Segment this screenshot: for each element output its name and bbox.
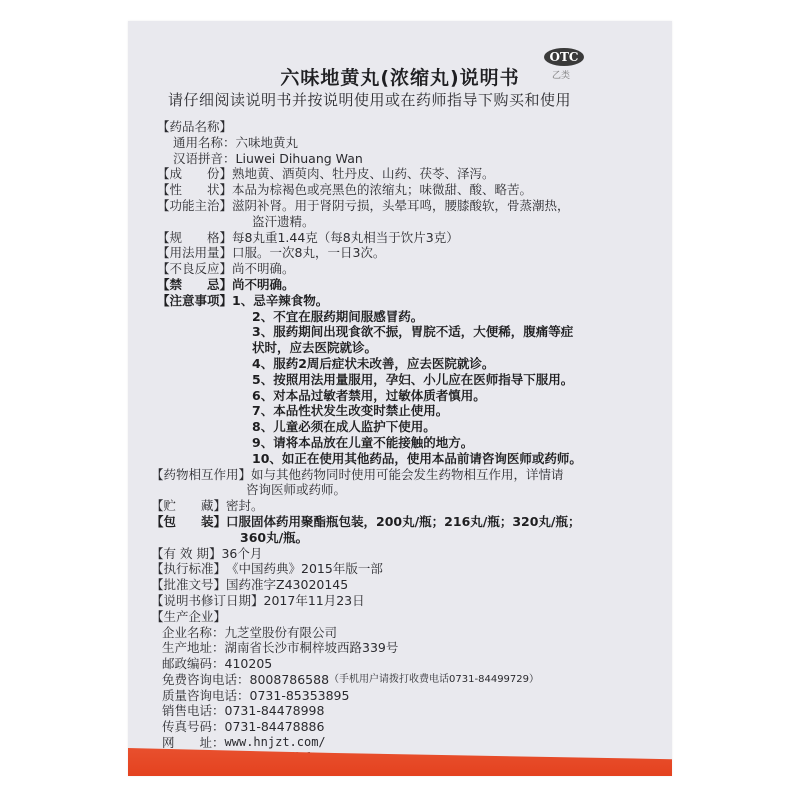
company-label: 企业名称： [162, 625, 225, 641]
website-row: 网 址： www.hnjzt.com/ [157, 735, 647, 751]
sales-phone-label: 销售电话： [162, 703, 225, 719]
hotline-row: 免费咨询电话： 8008786588 （手机用户请拨打收费电话0731-8449… [157, 672, 647, 688]
precaution-item-7: 7、本品性状发生改变时禁止使用。 [157, 403, 647, 419]
hotline-value: 8008786588 [250, 672, 330, 688]
shelf-life-label: 【有 效 期】 [151, 546, 221, 562]
precaution-item-3-cont: 状时，应去医院就诊。 [157, 340, 647, 356]
precaution-item-6: 6、对本品过敏者禁用，过敏体质者慎用。 [157, 388, 647, 404]
packaging-value-cont: 360丸/瓶。 [157, 530, 647, 546]
precaution-item-3: 3、服药期间出现食欲不振，胃脘不适，大便稀，腹痛等症 [157, 324, 647, 340]
manufacturer-label: 【生产企业】 [151, 609, 647, 625]
fax-label: 传真号码： [162, 719, 225, 735]
precaution-item-4: 4、服药2周后症状未改善，应去医院就诊。 [157, 356, 647, 372]
indications-row: 【功能主治】 滋阴补肾。用于肾阴亏损，头晕耳鸣，腰膝酸软，骨蒸潮热， [157, 198, 647, 214]
packaging-value: 口服固体药用聚酯瓶包装，200丸/瓶；216丸/瓶；320丸/瓶； [226, 514, 647, 530]
pinyin-value: Liuwei Dihuang Wan [236, 151, 647, 167]
leaflet-body: 【药品名称】 通用名称： 六味地黄丸 汉语拼音： Liuwei Dihuang … [157, 119, 647, 767]
dosage-label: 【用法用量】 [157, 245, 232, 261]
shelf-life-row: 【有 效 期】 36个月 [151, 546, 647, 562]
generic-name-label: 通用名称： [173, 135, 236, 151]
drug-name-label: 【药品名称】 [157, 119, 647, 135]
standard-label: 【执行标准】 [151, 561, 226, 577]
quality-phone-label: 质量咨询电话： [162, 688, 250, 704]
address-value: 湖南省长沙市桐梓坡西路339号 [225, 640, 647, 656]
company-value: 九芝堂股份有限公司 [225, 625, 647, 641]
address-label: 生产地址： [162, 640, 225, 656]
interactions-value: 如与其他药物同时使用可能会发生药物相互作用，详情请 [251, 467, 647, 483]
shelf-life-value: 36个月 [221, 546, 647, 562]
dosage-value: 口服。一次8丸，一日3次。 [232, 245, 647, 261]
description-row: 【性 状】 本品为棕褐色或亮黑色的浓缩丸；味微甜、酸、略苦。 [157, 182, 647, 198]
postcode-label: 邮政编码： [162, 656, 225, 672]
precaution-item-10: 10、如正在使用其他药品，使用本品前请咨询医师或药师。 [157, 451, 647, 467]
ingredients-label: 【成 份】 [157, 166, 232, 182]
address-row: 生产地址： 湖南省长沙市桐梓坡西路339号 [157, 640, 647, 656]
quality-phone-row: 质量咨询电话： 0731-85353895 [157, 688, 647, 704]
indications-value: 滋阴补肾。用于肾阴亏损，头晕耳鸣，腰膝酸软，骨蒸潮热， [232, 198, 647, 214]
adverse-value: 尚不明确。 [232, 261, 647, 277]
ingredients-row: 【成 份】 熟地黄、酒萸肉、牡丹皮、山药、茯苓、泽泻。 [157, 166, 647, 182]
leaflet-paper: 六味地黄丸(浓缩丸)说明书 OTC 乙类 请仔细阅读说明书并按说明使用或在药师指… [128, 21, 672, 776]
postcode-value: 410205 [225, 656, 647, 672]
precaution-item-2: 2、不宜在服药期间服感冒药。 [157, 309, 647, 325]
website-value: www.hnjzt.com/ [225, 735, 647, 751]
revision-row: 【说明书修订日期】 2017年11月23日 [151, 593, 647, 609]
interactions-value-cont: 咨询医师或药师。 [157, 482, 647, 498]
precaution-item-9: 9、请将本品放在儿童不能接触的地方。 [157, 435, 647, 451]
standard-value: 《中国药典》2015年版一部 [226, 561, 647, 577]
precaution-item-5: 5、按照用法用量服用，孕妇、小儿应在医师指导下服用。 [157, 372, 647, 388]
interactions-row: 【药物相互作用】 如与其他药物同时使用可能会发生药物相互作用，详情请 [151, 467, 647, 483]
specification-label: 【规 格】 [157, 230, 232, 246]
storage-value: 密封。 [226, 498, 647, 514]
indications-label: 【功能主治】 [157, 198, 232, 214]
contraindications-label: 【禁 忌】 [157, 277, 232, 293]
storage-label: 【贮 藏】 [151, 498, 226, 514]
interactions-label: 【药物相互作用】 [151, 467, 251, 483]
generic-name-row: 通用名称： 六味地黄丸 [157, 135, 647, 151]
description-label: 【性 状】 [157, 182, 232, 198]
hotline-note: （手机用户请拨打收费电话0731-84499729） [329, 672, 647, 688]
precaution-item-8: 8、儿童必须在成人监护下使用。 [157, 419, 647, 435]
precautions-label: 【注意事项】 [157, 293, 232, 309]
revision-value: 2017年11月23日 [264, 593, 647, 609]
dosage-row: 【用法用量】 口服。一次8丸，一日3次。 [157, 245, 647, 261]
fax-value: 0731-84478886 [225, 719, 647, 735]
approval-label: 【批准文号】 [151, 577, 226, 593]
hotline-label: 免费咨询电话： [162, 672, 250, 688]
otc-class: 乙类 [552, 68, 570, 81]
website-label: 网 址： [162, 735, 225, 751]
description-value: 本品为棕褐色或亮黑色的浓缩丸；味微甜、酸、略苦。 [232, 182, 647, 198]
adverse-label: 【不良反应】 [157, 261, 232, 277]
ingredients-value: 熟地黄、酒萸肉、牡丹皮、山药、茯苓、泽泻。 [232, 166, 647, 182]
approval-row: 【批准文号】 国药准字Z43020145 [151, 577, 647, 593]
otc-badge-icon: OTC [544, 48, 584, 66]
packaging-label: 【包 装】 [151, 514, 226, 530]
approval-value: 国药准字Z43020145 [226, 577, 647, 593]
pinyin-label: 汉语拼音： [173, 151, 236, 167]
standard-row: 【执行标准】 《中国药典》2015年版一部 [151, 561, 647, 577]
packaging-row: 【包 装】 口服固体药用聚酯瓶包装，200丸/瓶；216丸/瓶；320丸/瓶； [151, 514, 647, 530]
revision-label: 【说明书修订日期】 [151, 593, 264, 609]
company-row: 企业名称： 九芝堂股份有限公司 [157, 625, 647, 641]
sales-phone-value: 0731-84478998 [225, 703, 647, 719]
postcode-row: 邮政编码： 410205 [157, 656, 647, 672]
storage-row: 【贮 藏】 密封。 [151, 498, 647, 514]
sales-phone-row: 销售电话： 0731-84478998 [157, 703, 647, 719]
indications-value-cont: 盗汗遗精。 [157, 214, 647, 230]
document-subtitle: 请仔细阅读说明书并按说明使用或在药师指导下购买和使用 [168, 89, 571, 110]
precautions-row: 【注意事项】 1、忌辛辣食物。 [157, 293, 647, 309]
fax-row: 传真号码： 0731-84478886 [157, 719, 647, 735]
contraindications-row: 【禁 忌】 尚不明确。 [157, 277, 647, 293]
adverse-row: 【不良反应】 尚不明确。 [157, 261, 647, 277]
generic-name-value: 六味地黄丸 [236, 135, 647, 151]
specification-row: 【规 格】 每8丸重1.44克（每8丸相当于饮片3克） [157, 230, 647, 246]
document-title: 六味地黄丸(浓缩丸)说明书 [128, 63, 672, 90]
specification-value: 每8丸重1.44克（每8丸相当于饮片3克） [232, 230, 647, 246]
quality-phone-value: 0731-85353895 [250, 688, 647, 704]
contraindications-value: 尚不明确。 [232, 277, 647, 293]
pinyin-row: 汉语拼音： Liuwei Dihuang Wan [157, 151, 647, 167]
precaution-item-1: 1、忌辛辣食物。 [232, 293, 647, 309]
